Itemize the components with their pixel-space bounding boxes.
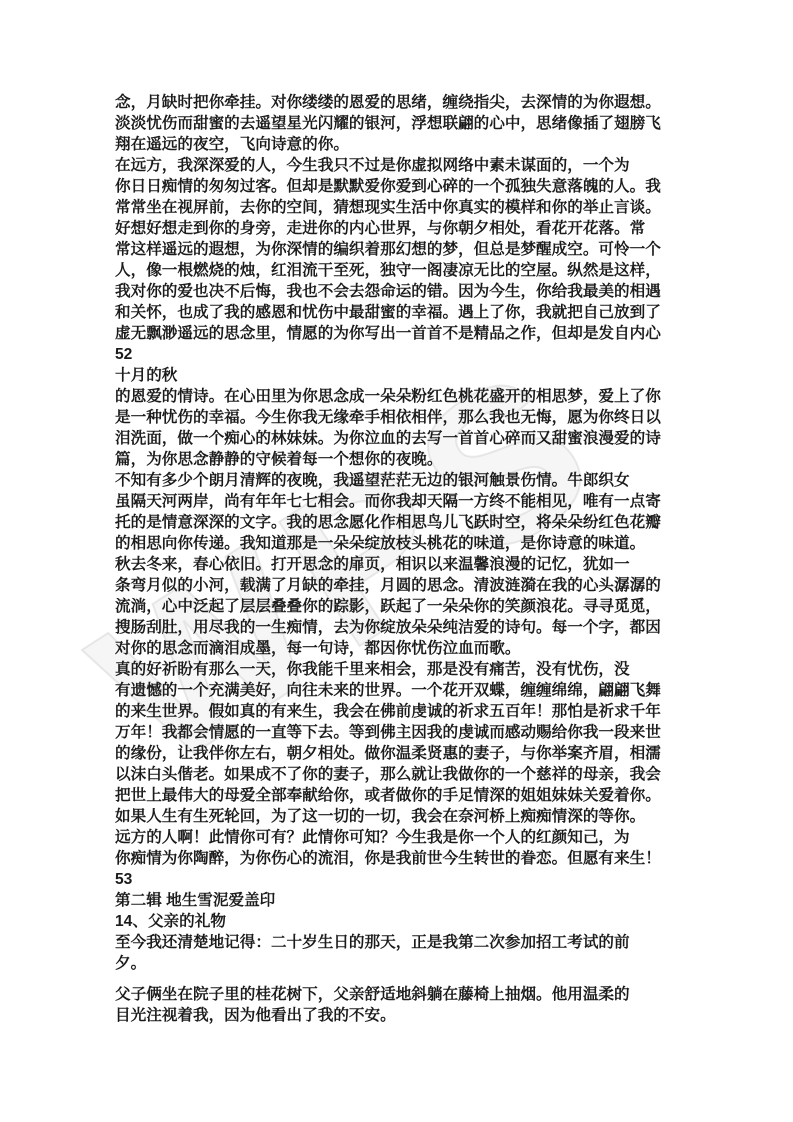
section-heading: 十月的秋 xyxy=(115,365,687,386)
page-number: 53 xyxy=(115,869,687,890)
text-line: 和关怀，也成了我的感恩和忧伤中最甜蜜的幸福。遇上了你，我就把自己放到了 xyxy=(115,302,687,323)
text-line: 在远方，我深深爱的人，今生我只不过是你虚拟网络中素未谋面的，一个为 xyxy=(115,155,687,176)
text-line: 对你的思念而滴泪成墨，每一句诗，都因你忧伤泣血而歌。 xyxy=(115,638,687,659)
text-line: 夕。 xyxy=(115,953,687,974)
document-page: WPS 念，月缺时把你牵挂。对你缕缕的恩爱的思绪，缠绕指尖，去深情的为你遐想。淡… xyxy=(0,0,793,1122)
chapter-heading: 14、父亲的礼物 xyxy=(115,911,687,932)
text-line: 远方的人啊！此情你可有？此情你可知？今生我是你一个人的红颜知己，为 xyxy=(115,827,687,848)
page-lines: 念，月缺时把你牵挂。对你缕缕的恩爱的思绪，缠绕指尖，去深情的为你遐想。淡淡忧伤而… xyxy=(115,92,687,1026)
text-line: 的相思向你传递。我知道那是一朵朵绽放枝头桃花的味道，是你诗意的味道。 xyxy=(115,533,687,554)
text-line: 流淌，心中泛起了层层叠叠你的踪影，跃起了一朵朵你的笑颜浪花。寻寻觅觅， xyxy=(115,596,687,617)
text-line: 的缘份，让我伴你左右，朝夕相处。做你温柔贤惠的妻子，与你举案齐眉，相濡 xyxy=(115,743,687,764)
text-line: 把世上最伟大的母爱全部奉献给你，或者做你的手足情深的姐姐妹妹关爱着你。 xyxy=(115,785,687,806)
text-line: 真的好祈盼有那么一天，你我能千里来相会，那是没有痛苦，没有忧伤，没 xyxy=(115,659,687,680)
text-line: 好想好想走到你的身旁，走进你的内心世界，与你朝夕相处，看花开花落。常 xyxy=(115,218,687,239)
text-line: 你痴情为你陶醉，为你伤心的流泪，你是我前世今生转世的眷恋。但愿有来生！ xyxy=(115,848,687,869)
text-line: 你日日痴情的匆匆过客。但却是默默爱你爱到心碎的一个孤独失意落魄的人。我 xyxy=(115,176,687,197)
text-line: 不知有多少个朗月清辉的夜晚，我遥望茫茫无边的银河触景伤情。牛郎织女 xyxy=(115,470,687,491)
text-line: 以沫白头偕老。如果成不了你的妻子，那么就让我做你的一个慈祥的母亲，我会 xyxy=(115,764,687,785)
text-line: 虚无飘渺遥远的思念里，情愿的为你写出一首首不是精品之作，但却是发自内心 xyxy=(115,323,687,344)
text-line: 搜肠刮肚，用尽我的一生痴情，去为你绽放朵朵纯洁爱的诗句。每一个字，都因 xyxy=(115,617,687,638)
text-line: 如果人生有生死轮回，为了这一切的一切，我会在奈河桥上痴痴情深的等你。 xyxy=(115,806,687,827)
text-line: 托的是情意深深的文字。我的思念愿化作相思鸟儿飞跃时空，将朵朵纷红色花瓣 xyxy=(115,512,687,533)
text-line: 常常坐在视屏前，去你的空间，猜想现实生活中你真实的模样和你的举止言谈。 xyxy=(115,197,687,218)
text-line: 的来生世界。假如真的有来生，我会在佛前虔诚的祈求五百年！那怕是祈求千年 xyxy=(115,701,687,722)
text-line: 念，月缺时把你牵挂。对你缕缕的恩爱的思绪，缠绕指尖，去深情的为你遐想。 xyxy=(115,92,687,113)
text-line: 有遗憾的一个充满美好，向往未来的世界。一个花开双蝶，缠缠绵绵，翩翩飞舞 xyxy=(115,680,687,701)
text-line: 常这样遥远的遐想，为你深情的编织着那幻想的梦，但总是梦醒成空。可怜一个 xyxy=(115,239,687,260)
text-line: 秋去冬来，春心依旧。打开思念的扉页，相识以来温馨浪漫的记忆，犹如一 xyxy=(115,554,687,575)
text-line: 的恩爱的情诗。在心田里为你思念成一朵朵粉红色桃花盛开的相思梦，爱上了你 xyxy=(115,386,687,407)
text-line: 翔在遥远的夜空，飞向诗意的你。 xyxy=(115,134,687,155)
text-line: 父子俩坐在院子里的桂花树下，父亲舒适地斜躺在藤椅上抽烟。他用温柔的 xyxy=(115,984,687,1005)
text-line: 条弯月似的小河，载满了月缺的牵挂，月圆的思念。清波涟漪在我的心头潺潺的 xyxy=(115,575,687,596)
text-line: 目光注视着我，因为他看出了我的不安。 xyxy=(115,1005,687,1026)
paragraph-spacer xyxy=(115,974,687,984)
section-heading: 第二辑 地生雪泥爱盖印 xyxy=(115,890,687,911)
text-line: 篇，为你思念静静的守候着每一个想你的夜晚。 xyxy=(115,449,687,470)
text-line: 泪洗面，做一个痴心的林妹妹。为你泣血的去写一首首心碎而又甜蜜浪漫爱的诗 xyxy=(115,428,687,449)
text-line: 我对你的爱也决不后悔，我也不会去怨命运的错。因为今生，你给我最美的相遇 xyxy=(115,281,687,302)
text-line: 是一种忧伤的幸福。今生你我无缘牵手相依相伴，那么我也无悔，愿为你终日以 xyxy=(115,407,687,428)
page-number: 52 xyxy=(115,344,687,365)
text-line: 淡淡忧伤而甜蜜的去遥望星光闪耀的银河，浮想联翩的心中，思绪像插了翅膀飞 xyxy=(115,113,687,134)
text-line: 虽隔天河两岸，尚有年年七七相会。而你我却天隔一方终不能相见，唯有一点寄 xyxy=(115,491,687,512)
text-line: 万年！我都会情愿的一直等下去。等到佛主因我的虔诚而感动赐给你我一段来世 xyxy=(115,722,687,743)
text-line: 至今我还清楚地记得：二十岁生日的那天，正是我第二次参加招工考试的前 xyxy=(115,932,687,953)
text-line: 人，像一根燃烧的烛，红泪流干至死，独守一阁凄凉无比的空屋。纵然是这样， xyxy=(115,260,687,281)
